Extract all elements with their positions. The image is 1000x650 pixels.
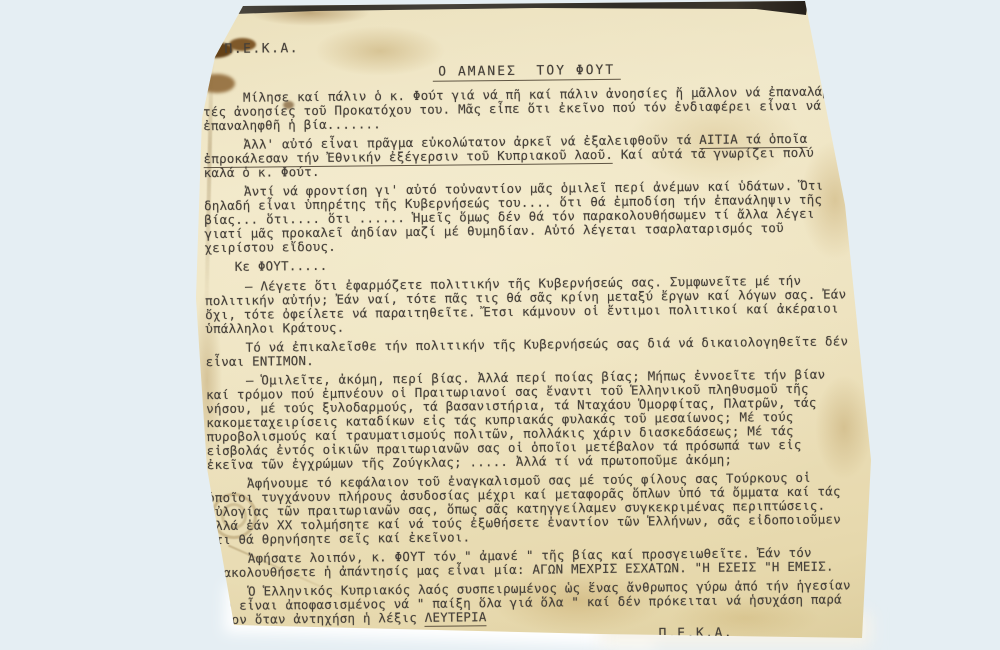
title-row: Ο ΑΜΑΝΕΣ ΤΟΥ ΦΟΥΤ xyxy=(203,60,851,82)
underlined-text: ΛΕΥΤΕΡΙΑ xyxy=(425,609,487,626)
text-run: Μίλησε καί πάλιν ὁ κ. Φούτ γιά νά πῆ καί… xyxy=(203,84,844,134)
document-body: Μίλησε καί πάλιν ὁ κ. Φούτ γιά νά πῆ καί… xyxy=(203,84,857,627)
text-run: Ἀφήνουμε τό κεφάλαιον τοῦ ἐναγκαλισμοῦ σ… xyxy=(207,470,841,547)
typewritten-text: Π.Ε.Κ.Α. Ο ΑΜΑΝΕΣ ΤΟΥ ΦΟΥΤ Μίλησε καί πά… xyxy=(202,36,856,646)
paragraph: — Ὁμιλεῖτε, ἀκόμη, περί βίας. Ἀλλά περί … xyxy=(206,367,855,472)
scanned-document-view: Π.Ε.Κ.Α. Ο ΑΜΑΝΕΣ ΤΟΥ ΦΟΥΤ Μίλησε καί πά… xyxy=(0,0,1000,650)
document-title: Ο ΑΜΑΝΕΣ ΤΟΥ ΦΟΥΤ xyxy=(432,63,621,82)
text-run: Ὁ Ἑλληνικός Κυπριακός λαός συσπειρωμένος… xyxy=(208,577,851,627)
text-run: Ἀφήσατε λοιπόν, κ. ΦΟΥΤ τόν " ἀμανέ " τῆ… xyxy=(208,545,834,580)
text-run: Ἀντί νά φροντίση γι' αὐτό τοὐναντίον μᾶς… xyxy=(204,178,823,255)
text-run: Κε ΦΟΥΤ..... xyxy=(235,258,328,274)
text-run: — Λέγετε ὅτι ἐφαρμόζετε πολιτικήν τῆς Κυ… xyxy=(205,273,846,336)
paper-sheet: Π.Ε.Κ.Α. Ο ΑΜΑΝΕΣ ΤΟΥ ΦΟΥΤ Μίλησε καί πά… xyxy=(0,0,1000,650)
salutation-line: Κε ΦΟΥΤ..... xyxy=(205,253,853,274)
paragraph: Μίλησε καί πάλιν ὁ κ. Φούτ γιά νά πῆ καί… xyxy=(203,84,851,133)
paragraph: Ὁ Ἑλληνικός Κυπριακός λαός συσπειρωμένος… xyxy=(208,578,856,627)
text-run: — Ὁμιλεῖτε, ἀκόμη, περί βίας. Ἀλλά περί … xyxy=(206,367,825,472)
paragraph: Ἀφήνουμε τό κεφάλαιον τοῦ ἐναγκαλισμοῦ σ… xyxy=(207,470,856,547)
paragraph: Τό νά ἐπικαλεῖσθε τήν πολιτικήν τῆς Κυβε… xyxy=(206,334,854,369)
paragraph: Ἀφήσατε λοιπόν, κ. ΦΟΥΤ τόν " ἀμανέ " τῆ… xyxy=(208,545,856,580)
paragraph: Ἀντί νά φροντίση γι' αὐτό τοὐναντίον μᾶς… xyxy=(204,178,853,255)
paragraph: — Λέγετε ὅτι ἐφαρμόζετε πολιτικήν τῆς Κυ… xyxy=(205,273,854,336)
paragraph: Ἀλλ' αὐτό εἶναι πρᾶγμα εὐκολώτατον ἀρκεῖ… xyxy=(203,131,851,180)
text-run: Τό νά ἐπικαλεῖσθε τήν πολιτικήν τῆς Κυβε… xyxy=(206,333,849,369)
